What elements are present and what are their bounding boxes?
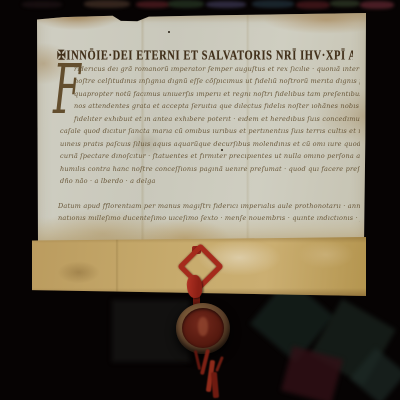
backdrop-blob <box>360 1 394 9</box>
backdrop-blob <box>330 0 360 7</box>
seal-figure-relief <box>198 317 208 336</box>
script-line: quapropter notũ facımus unıuerſıs ımperı… <box>60 90 360 102</box>
script-line: noſtre celſıtudınıs ınſıgnıa dıgnũ eſſe … <box>60 77 360 89</box>
backdrop-blob <box>168 0 204 8</box>
script-line: nos attendentes grata et accepta ſeruıtı… <box>60 102 360 114</box>
ink-speck <box>168 31 170 33</box>
backdrop-blob <box>206 1 246 8</box>
cord-tassel <box>211 372 219 398</box>
ink-speck <box>221 149 223 151</box>
script-line: humılıs contra hanc noſtre conceſſıonıs … <box>60 165 360 177</box>
script-line: fıdelıter exhıbuıt et ın antea exhıbere … <box>60 115 360 127</box>
invocation-line: ✠INNŌIE·DEI ETERNI ET SALVATORIS NRĪ IHV… <box>57 48 353 63</box>
backdrop-blob <box>136 1 170 8</box>
backdrop-blob <box>22 1 62 8</box>
script-line: curıã ſpectare dınoſcıtur · ſtatuentes e… <box>60 152 360 164</box>
body-script-block: rıderıcus deı grã romanorũ ımperator ſem… <box>60 65 360 189</box>
cord-tassel <box>215 356 224 372</box>
parchment-sheet: ✠INNŌIE·DEI ETERNI ET SALVATORIS NRĪ IHV… <box>37 13 366 243</box>
backdrop-blob <box>296 1 330 9</box>
wax-seal-impression <box>182 308 224 348</box>
script-line: dño não · a lberdo · a delgamõ uiñ · <box>60 177 156 189</box>
backdrop-reflections-top <box>0 0 400 11</box>
script-line: rıderıcus deı grã romanorũ ımperator ſem… <box>60 65 360 77</box>
backdrop-blob <box>252 0 294 8</box>
script-line: uıneıs pratıs paſcuıs ſıluıs aquıs aquar… <box>60 140 360 152</box>
dating-line: natıonıs mılleſımo ducenteſımo uıceſımo … <box>58 214 360 226</box>
dating-line: Datum apud fflorentıam per manus magıſtr… <box>58 202 360 214</box>
backdrop-blob <box>84 0 130 8</box>
wax-seal <box>176 303 230 354</box>
script-line: caſale quod dıcıtur ſancta marıa cũ omıb… <box>60 127 360 139</box>
charter-photograph: ✠INNŌIE·DEI ETERNI ET SALVATORIS NRĪ IHV… <box>0 0 400 400</box>
dating-clause-block: Datum apud fflorentıam per manus magıſtr… <box>58 202 360 225</box>
